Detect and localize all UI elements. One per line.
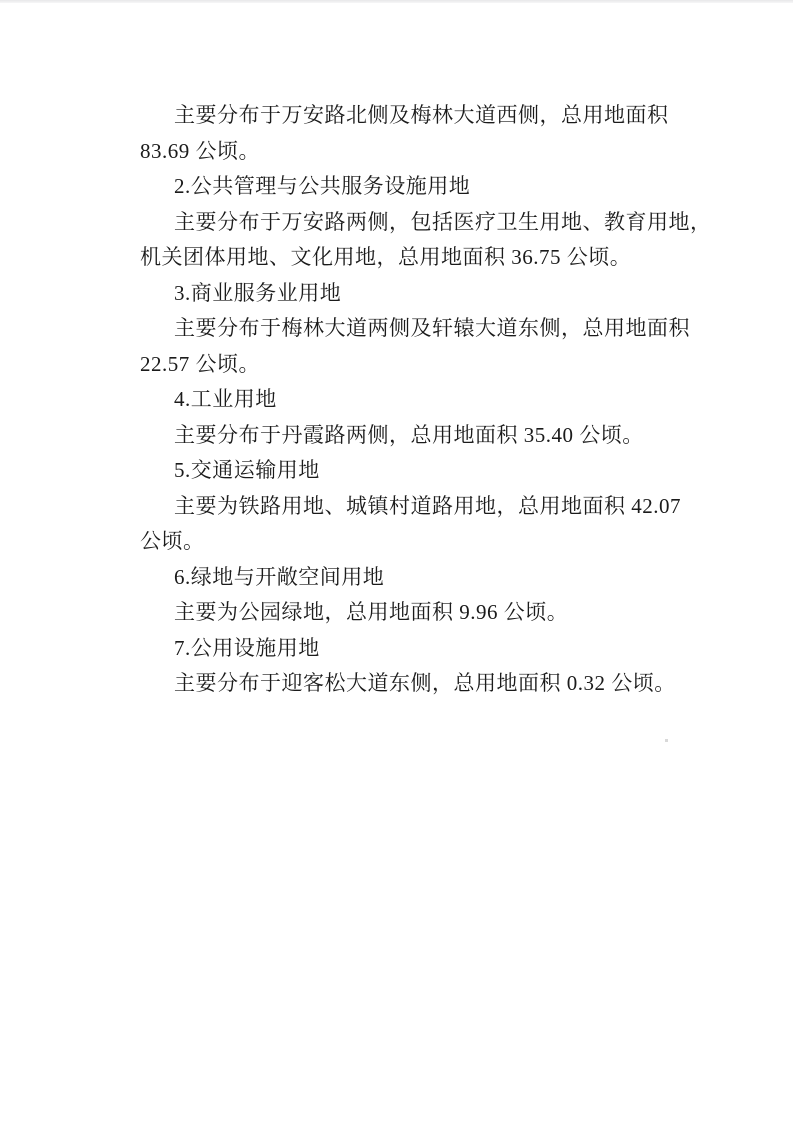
text-line: 2.公共管理与公共服务设施用地 — [140, 169, 740, 205]
text-line: 83.69 公顷。 — [140, 134, 740, 170]
text-line: 主要分布于梅林大道两侧及轩辕大道东侧，总用地面积 — [140, 311, 740, 347]
text-line: 3.商业服务业用地 — [140, 276, 740, 312]
text-line: 公顷。 — [140, 524, 740, 560]
text-line: 主要分布于丹霞路两侧，总用地面积 35.40 公顷。 — [140, 418, 740, 454]
text-line: 主要为公园绿地，总用地面积 9.96 公顷。 — [140, 595, 740, 631]
document-page: 主要分布于万安路北侧及梅林大道西侧，总用地面积83.69 公顷。2.公共管理与公… — [0, 0, 793, 1122]
text-line: 机关团体用地、文化用地，总用地面积 36.75 公顷。 — [140, 240, 740, 276]
scan-artifact-speck — [665, 739, 668, 742]
text-line: 4.工业用地 — [140, 382, 740, 418]
text-line: 主要分布于万安路两侧，包括医疗卫生用地、教育用地， — [140, 205, 740, 241]
text-line: 7.公用设施用地 — [140, 631, 740, 667]
scan-artifact-top-line — [0, 0, 793, 3]
text-line: 主要分布于万安路北侧及梅林大道西侧，总用地面积 — [140, 98, 740, 134]
text-line: 22.57 公顷。 — [140, 347, 740, 383]
text-line: 主要分布于迎客松大道东侧，总用地面积 0.32 公顷。 — [140, 666, 740, 702]
text-line: 5.交通运输用地 — [140, 453, 740, 489]
document-body: 主要分布于万安路北侧及梅林大道西侧，总用地面积83.69 公顷。2.公共管理与公… — [140, 98, 740, 702]
text-line: 主要为铁路用地、城镇村道路用地，总用地面积 42.07 — [140, 489, 740, 525]
text-line: 6.绿地与开敞空间用地 — [140, 560, 740, 596]
